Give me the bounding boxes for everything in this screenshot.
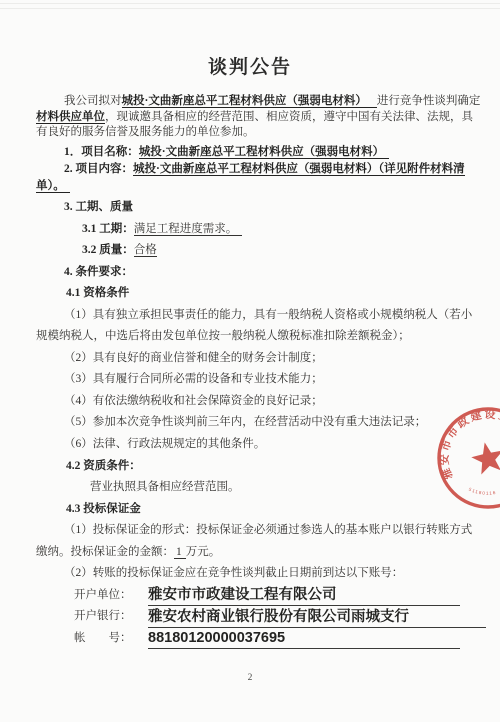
deposit-clause-2: （2）转账的投标保证金应在竞争性谈判截止日期前到达以下账号： — [36, 563, 460, 585]
clause-3: （3）具有履行合同所必需的设备和专业技术能力； — [36, 369, 460, 391]
duration-label: 3.1 工期： — [82, 223, 134, 235]
scan-artifact — [0, 8, 500, 9]
deposit-clause-1-line-1: （1）投标保证金的形式：投标保证金必须通过参选人的基本账户以银行转账方式 — [36, 520, 460, 542]
seal-serial-number: 51180116 — [467, 481, 497, 500]
quality-label: 3.2 质量： — [82, 244, 134, 256]
bank-name-row: 开户银行：雅安农村商业银行股份有限公司雨城支行 — [36, 606, 460, 628]
intro-paragraph: 我公司拟对城投·文曲新座总平工程材料供应（强弱电材料）进行竞争性谈判确定 材料供… — [36, 94, 460, 141]
bank-name-value: 雅安农村商业银行股份有限公司雨城支行 — [148, 608, 486, 628]
item-1-value: 城投·文曲新座总平工程材料供应（强弱电材料） — [139, 146, 389, 159]
clause-2: （2）具有良好的商业信誉和健全的财务会计制度； — [36, 348, 460, 370]
account-name-label: 开户单位： — [74, 585, 148, 607]
quality-value: 合格 — [134, 244, 157, 257]
project-content-item: 2. 项目内容：城投·文曲新座总平工程材料供应（强弱电材料）（详见附件材料清 — [36, 161, 460, 178]
section-3-heading: 3. 工期、质量 — [36, 197, 460, 219]
scanned-document-page: 谈判公告 我公司拟对城投·文曲新座总平工程材料供应（强弱电材料）进行竞争性谈判确… — [0, 0, 500, 722]
supplier-emphasis: 材料供应单位 — [36, 111, 105, 124]
project-name-emphasis: 城投·文曲新座总平工程材料供应（强弱电材料） — [122, 95, 377, 108]
clause-4: （4）有依法缴纳税收和社会保障资金的良好记录； — [36, 391, 460, 413]
duration-value: 满足工程进度需求。 — [134, 223, 243, 236]
account-no-label: 帐 号： — [74, 628, 148, 650]
document-title: 谈判公告 — [0, 52, 500, 79]
deposit-heading: 4.3 投标保证金 — [36, 499, 460, 521]
page-number: 2 — [0, 673, 500, 683]
clause-5: （5）参加本次竞争性谈判前三年内，在经营活动中没有重大违法记录； — [36, 412, 460, 434]
account-name-value: 雅安市市政建设工程有限公司 — [148, 586, 460, 606]
clause-1-line-2: 规模纳税人，中选后将由发包单位按一般纳税人缴税标准扣除差额税金）； — [36, 326, 460, 348]
intro-line-3: 有良好的服务信誉及服务能力的单位参加。 — [36, 125, 460, 141]
scan-artifact — [0, 3, 500, 4]
deposit-amount: 1 — [174, 546, 186, 559]
intro-line-2: 材料供应单位，现诚邀具备相应的经营范围、相应资质，遵守中国有关法律、法规，具 — [36, 110, 460, 126]
deposit-clause-1-line-2: 缴纳。投标保证金的金额：1万元。 — [36, 542, 460, 564]
deposit-text: 万元。 — [186, 546, 221, 558]
intro-text: ，现诚邀具备相应的经营范围、相应资质，遵守中国有关法律、法规，具 — [105, 111, 473, 123]
project-name-item: 1．项目名称：城投·文曲新座总平工程材料供应（强弱电材料） — [36, 144, 460, 161]
item-1-label: 1．项目名称： — [64, 146, 139, 158]
item-2-value-cont: 单）。 — [36, 180, 70, 193]
intro-text: 我公司拟对 — [64, 95, 122, 107]
account-no-value: 88180120000037695 — [148, 629, 460, 649]
clause-1-line-1: （1）具有独立承担民事责任的能力，具有一般纳税人资格或小规模纳税人（若小 — [36, 305, 460, 327]
credential-text: 营业执照具备相应经营范围。 — [36, 477, 460, 499]
star-icon — [469, 439, 500, 476]
bank-name-label: 开户银行： — [74, 606, 148, 628]
intro-text: 进行竞争性谈判确定 — [377, 95, 481, 107]
section-4-heading: 4. 条件要求： — [36, 262, 460, 284]
document-body: 3. 工期、质量 3.1 工期：满足工程进度需求。 3.2 质量：合格 4. 条… — [36, 197, 460, 649]
deposit-text: 缴纳。投标保证金的金额： — [36, 546, 174, 558]
project-items: 1．项目名称：城投·文曲新座总平工程材料供应（强弱电材料） 2. 项目内容：城投… — [36, 144, 460, 194]
bank-account-no-row: 帐 号：88180120000037695 — [36, 628, 460, 650]
bank-account-name-row: 开户单位：雅安市市政建设工程有限公司 — [36, 585, 460, 607]
duration-line: 3.1 工期：满足工程进度需求。 — [36, 219, 460, 241]
item-2-value: 城投·文曲新座总平工程材料供应（强弱电材料）（详见附件材料清 — [133, 163, 465, 176]
project-content-item-wrap: 单）。 — [36, 178, 460, 195]
item-2-label: 2. 项目内容： — [64, 163, 133, 175]
intro-line-1: 我公司拟对城投·文曲新座总平工程材料供应（强弱电材料）进行竞争性谈判确定 — [36, 94, 460, 110]
clause-6: （6）法律、行政法规规定的其他条件。 — [36, 434, 460, 456]
quality-line: 3.2 质量：合格 — [36, 240, 460, 262]
credential-heading: 4.2 资质条件： — [36, 456, 460, 478]
qualification-heading: 4.1 资格条件 — [36, 283, 460, 305]
